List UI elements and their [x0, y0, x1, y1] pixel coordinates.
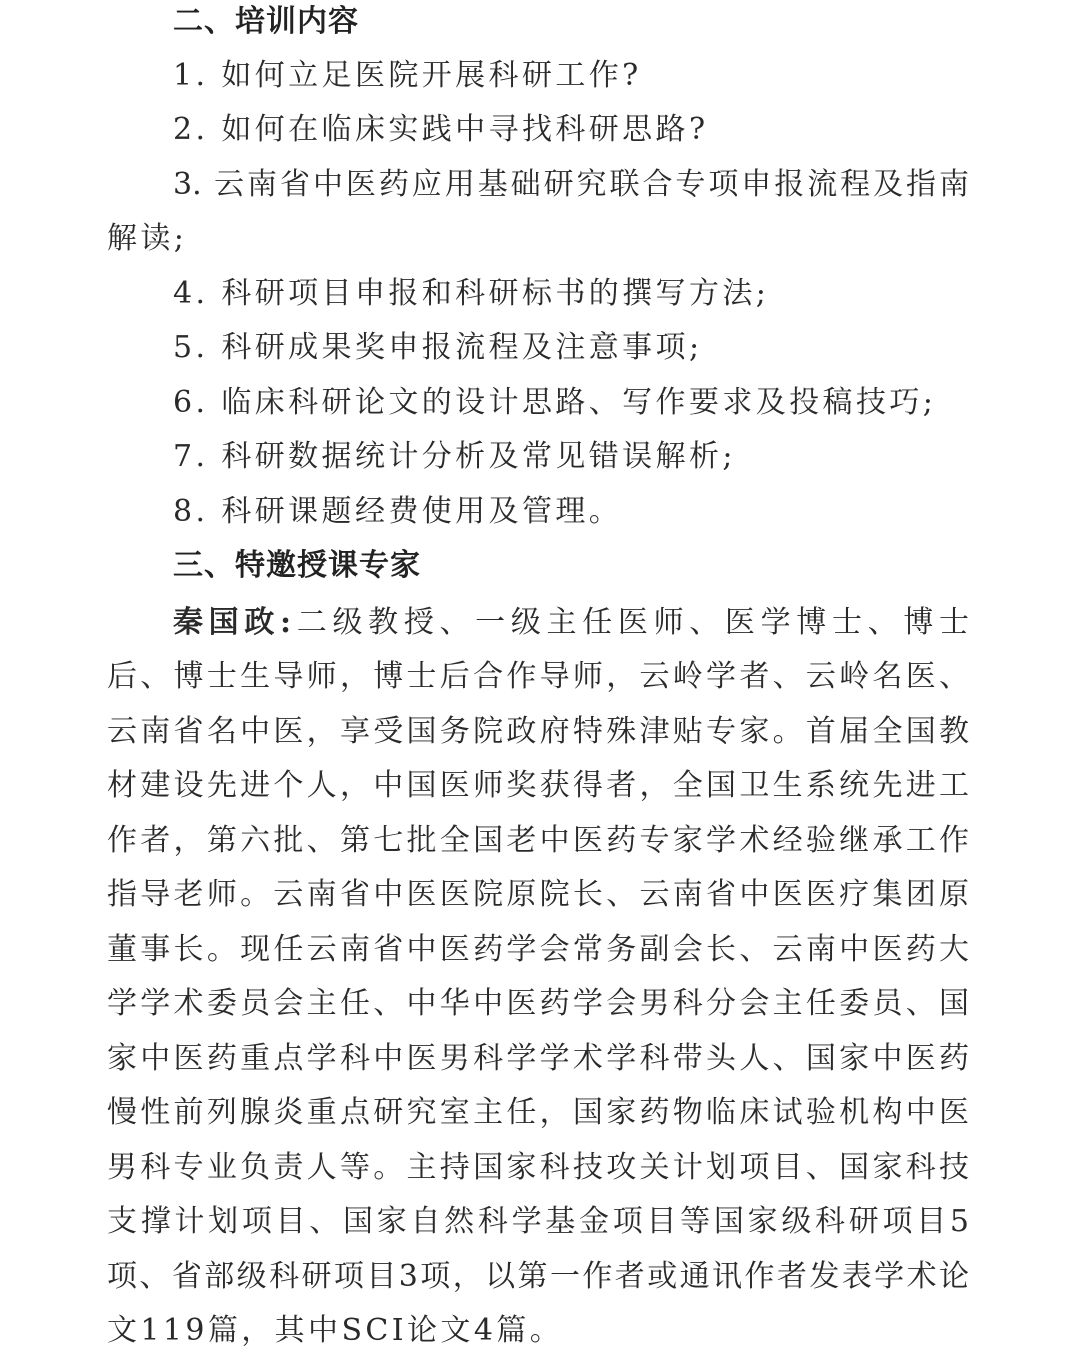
expert-bio-line-3: 云南省名中医，享受国务院政府特殊津贴专家。首届全国教	[107, 705, 969, 759]
expert-bio-line-11: 男科专业负责人等。主持国家科技攻关计划项目、国家科技	[107, 1141, 969, 1195]
expert-name: 秦国政:	[173, 605, 291, 640]
expert-bio-line-4: 材建设先进个人，中国医师奖获得者，全国卫生系统先进工	[107, 759, 969, 813]
expert-bio-line-12: 支撑计划项目、国家自然科学基金项目等国家级科研项目5	[107, 1195, 969, 1249]
training-item-7: 7. 科研数据统计分析及常见错误解析;	[173, 430, 736, 484]
expert-bio-line-8: 学学术委员会主任、中华中医药学会男科分会主任委员、国	[107, 977, 969, 1031]
expert-bio-line-2: 后、博士生导师，博士后合作导师，云岭学者、云岭名医、	[107, 650, 969, 704]
expert-bio-line-13: 项、省部级科研项目3项，以第一作者或通讯作者发表学术论	[107, 1250, 969, 1304]
section-heading-training: 二、培训内容	[173, 0, 359, 49]
training-item-3: 3. 云南省中医药应用基础研究联合专项申报流程及指南	[173, 158, 969, 212]
training-item-5: 5. 科研成果奖申报流程及注意事项;	[173, 321, 702, 375]
section-heading-experts: 三、特邀授课专家	[173, 539, 421, 593]
training-item-2: 2. 如何在临床实践中寻找科研思路?	[173, 103, 708, 157]
expert-bio-line-5: 作者，第六批、第七批全国老中医药专家学术经验继承工作	[107, 814, 969, 868]
training-item-4: 4. 科研项目申报和科研标书的撰写方法;	[173, 267, 769, 321]
expert-bio-line-1: 秦国政:二级教授、一级主任医师、医学博士、博士	[173, 596, 969, 650]
expert-bio-line-10: 慢性前列腺炎重点研究室主任，国家药物临床试验机构中医	[107, 1086, 969, 1140]
expert-bio-line-14: 文119篇，其中SCI论文4篇。	[107, 1304, 563, 1355]
training-item-3-cont: 解读;	[107, 212, 187, 266]
expert-bio-line-9: 家中医药重点学科中医男科学学术学科带头人、国家中医药	[107, 1032, 969, 1086]
expert-bio-line-7: 董事长。现任云南省中医药学会常务副会长、云南中医药大	[107, 923, 969, 977]
expert-bio-line-6: 指导老师。云南省中医医院原院长、云南省中医医疗集团原	[107, 868, 969, 922]
training-item-8: 8. 科研课题经费使用及管理。	[173, 485, 622, 539]
training-item-1: 1. 如何立足医院开展科研工作?	[173, 49, 642, 103]
expert-bio-text: 二级教授、一级主任医师、医学博士、博士	[291, 605, 969, 640]
training-item-6: 6. 临床科研论文的设计思路、写作要求及投稿技巧;	[173, 376, 936, 430]
